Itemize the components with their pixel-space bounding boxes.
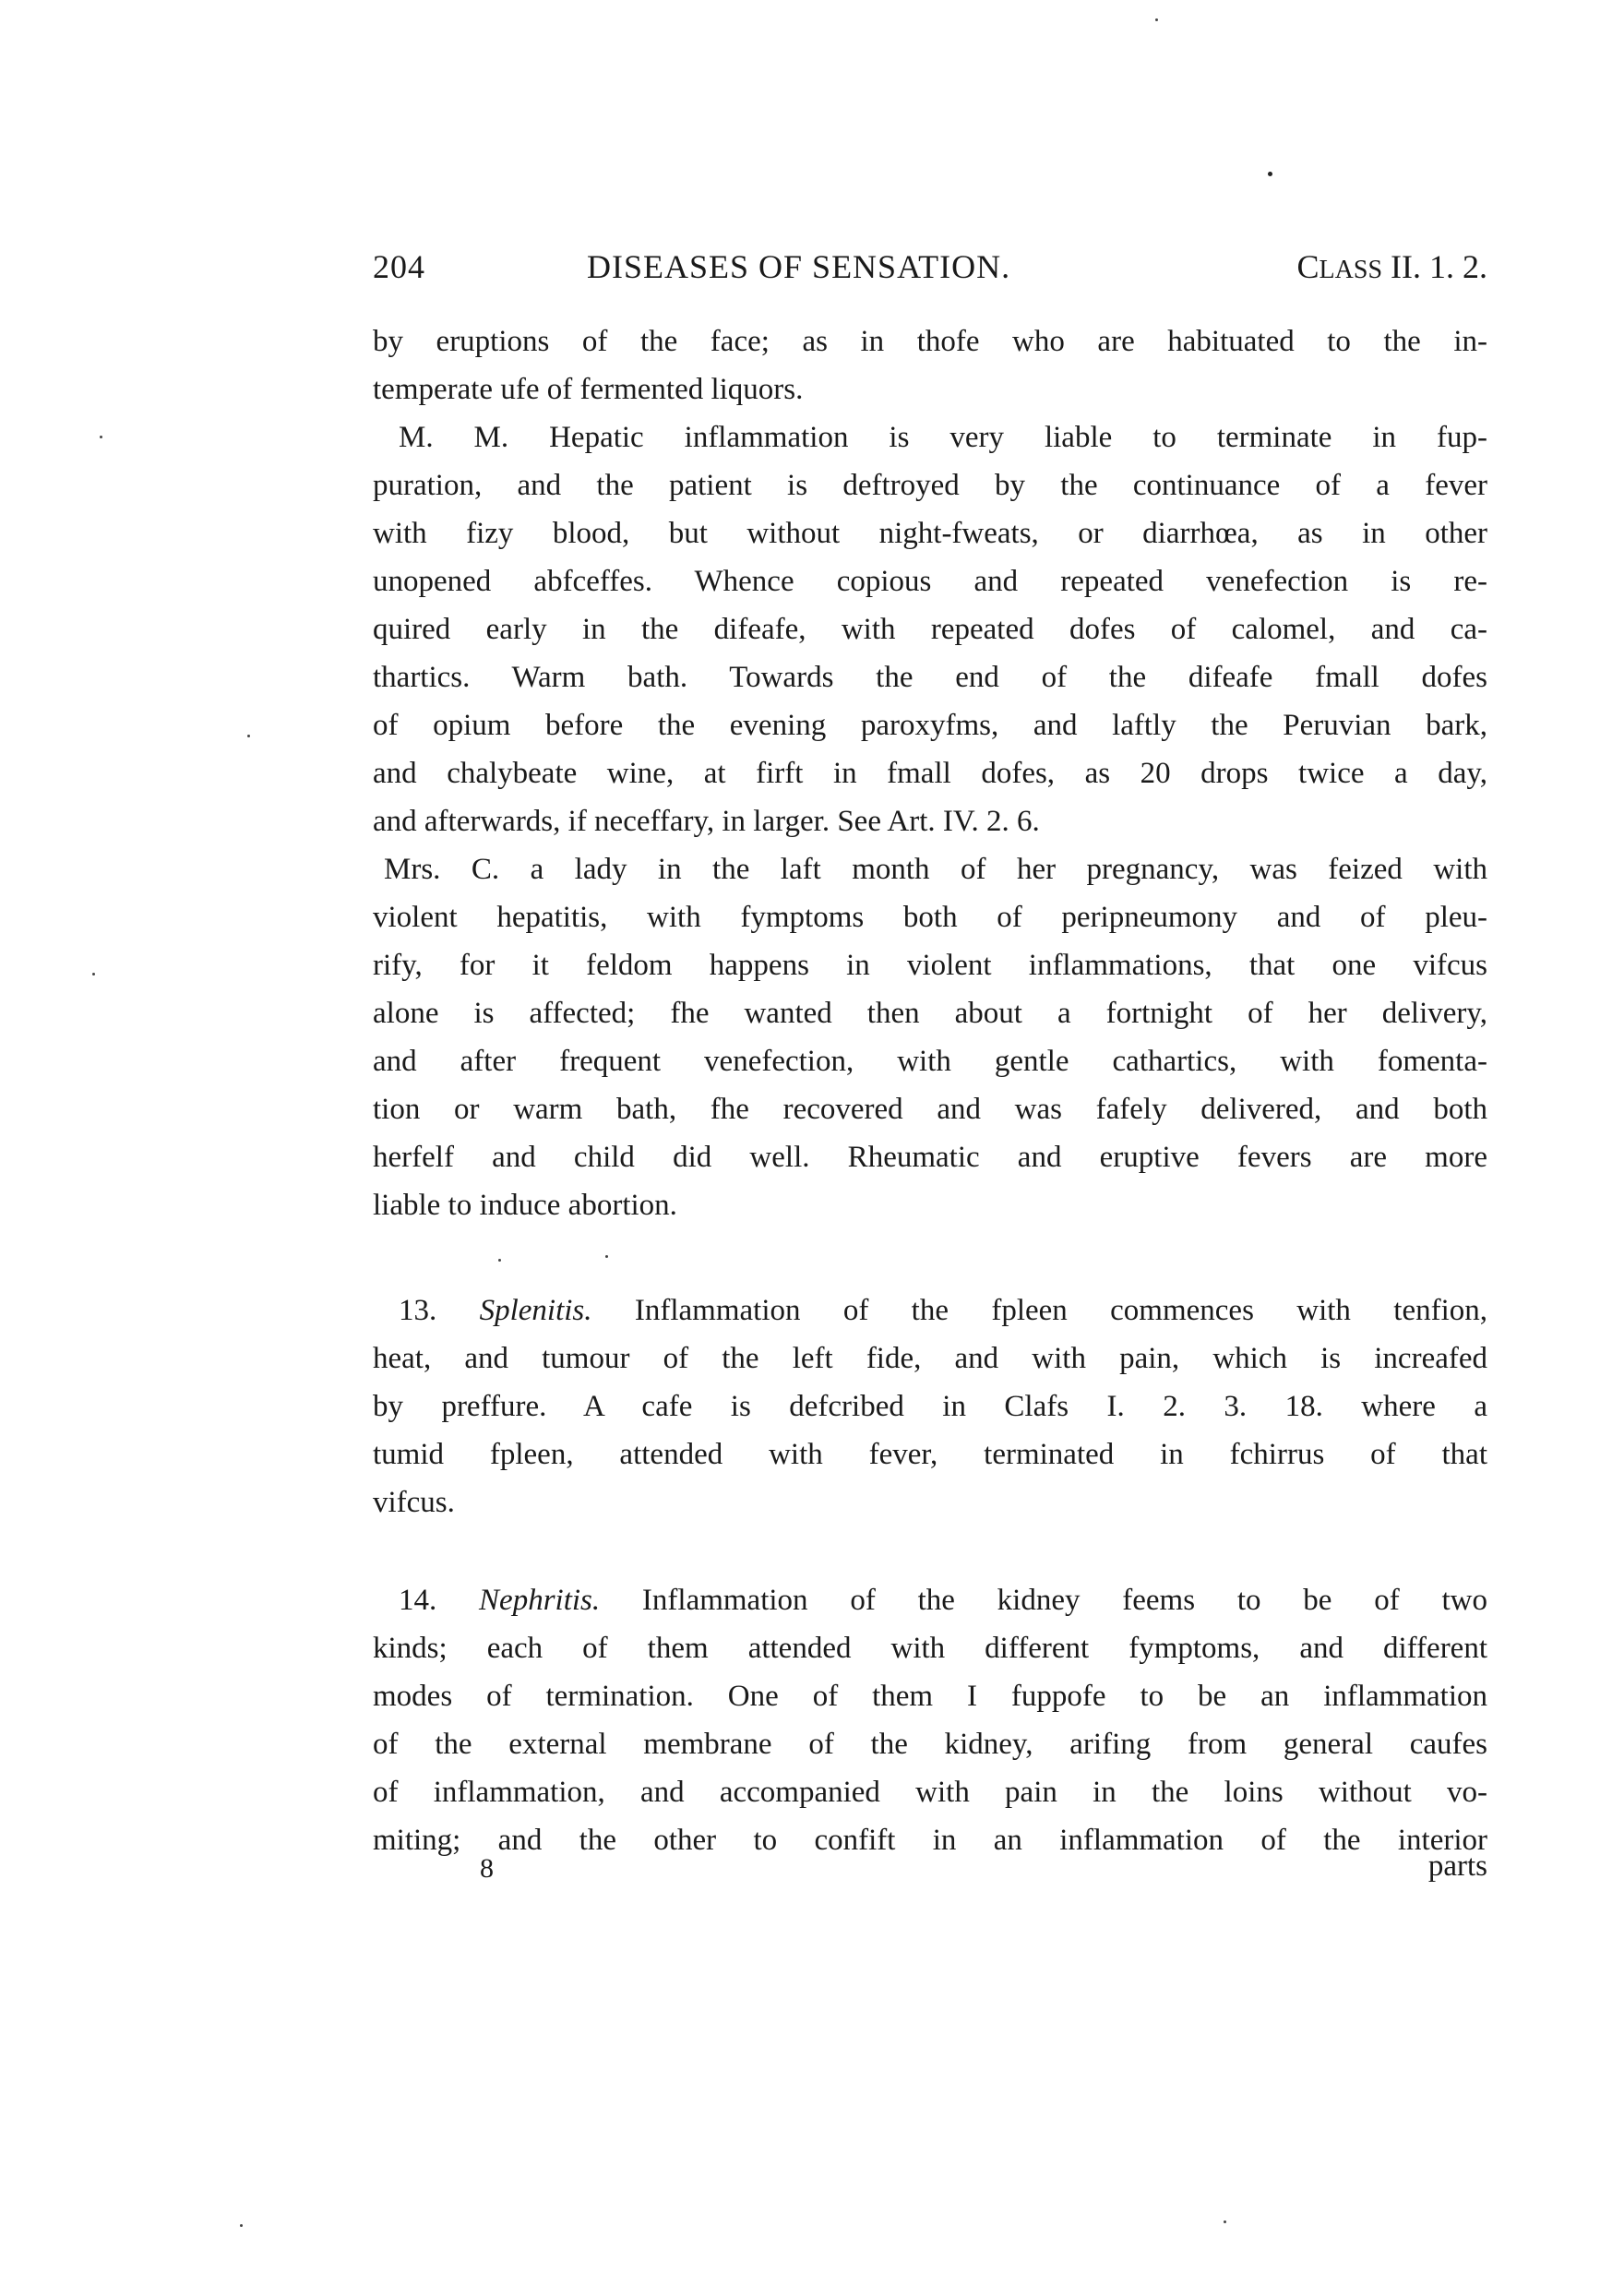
text-line: miting; and the other to confift in an i…: [373, 1816, 1487, 1864]
section-term: Splenitis.: [480, 1294, 592, 1327]
text-line: by eruptions of the face; as in thofe wh…: [373, 317, 1487, 365]
section-splenitis: 13. Splenitis. Inflammation of the fplee…: [373, 1287, 1487, 1526]
scan-speck: [247, 735, 250, 737]
text-line: thartics. Warm bath. Towards the end of …: [373, 653, 1487, 701]
scan-speck: [240, 2224, 243, 2227]
text-line: of opium before the evening paroxyfms, a…: [373, 701, 1487, 749]
text-line: alone is affected; fhe wanted then about…: [373, 989, 1487, 1037]
class-reference: CLASS II. 1. 2.: [1297, 247, 1487, 286]
text-line: kinds; each of them attended with differ…: [373, 1624, 1487, 1672]
text-line: rify, for it feldom happens in violent i…: [373, 941, 1487, 989]
page-number: 204: [373, 247, 425, 286]
text-line: tion or warm bath, fhe recovered and was…: [373, 1085, 1487, 1133]
scan-speck: [100, 436, 102, 438]
class-prefix: C: [1297, 248, 1319, 285]
text-line: M. M. Hepatic inflammation is very liabl…: [373, 413, 1487, 461]
text-line: heat, and tumour of the left fide, and w…: [373, 1334, 1487, 1382]
text-fragment: Inflammation of the fpleen commences wit…: [592, 1294, 1487, 1327]
text-line: with fizy blood, but without night-fweat…: [373, 509, 1487, 557]
catchword: parts: [1428, 1849, 1487, 1884]
text-line: modes of termination. One of them I fupp…: [373, 1672, 1487, 1720]
book-page: 204 DISEASES OF SENSATION. CLASS II. 1. …: [0, 0, 1624, 2274]
scan-speck: [498, 1259, 501, 1262]
scan-speck: [92, 973, 95, 975]
paragraph-case-mrs-c: Mrs. C. a lady in the laft month of her …: [373, 845, 1487, 1229]
text-line: and afterwards, if neceffary, in larger.…: [373, 797, 1487, 845]
text-line: liable to induce abortion.: [373, 1181, 1487, 1229]
signature-mark: 8: [480, 1853, 494, 1885]
section-nephritis: 14. Nephritis. Inflammation of the kidne…: [373, 1576, 1487, 1864]
scan-speck: [605, 1255, 608, 1258]
text-line: quired early in the difeafe, with repeat…: [373, 605, 1487, 653]
paragraph-continuation: by eruptions of the face; as in thofe wh…: [373, 317, 1487, 413]
paragraph-hepatic-treatment: M. M. Hepatic inflammation is very liabl…: [373, 413, 1487, 845]
text-line: violent hepatitis, with fymptoms both of…: [373, 893, 1487, 941]
scan-speck: [1268, 172, 1272, 176]
text-line: of the external membrane of the kidney, …: [373, 1720, 1487, 1768]
text-line: and after frequent venefection, with gen…: [373, 1037, 1487, 1085]
text-line: Mrs. C. a lady in the laft month of her …: [373, 845, 1487, 893]
section-term: Nephritis.: [479, 1584, 600, 1617]
text-line: puration, and the patient is deftroyed b…: [373, 461, 1487, 509]
section-heading-line: 13. Splenitis. Inflammation of the fplee…: [373, 1287, 1487, 1334]
section-number: 14.: [399, 1584, 436, 1617]
running-header: 204 DISEASES OF SENSATION. CLASS II. 1. …: [373, 247, 1487, 293]
text-fragment: Inflammation of the kidney feems to be o…: [600, 1584, 1487, 1617]
scan-speck: [1224, 2220, 1226, 2223]
section-number: 13.: [399, 1294, 436, 1327]
class-numbers: II. 1. 2.: [1382, 248, 1487, 285]
section-heading-line: 14. Nephritis. Inflammation of the kidne…: [373, 1576, 1487, 1624]
text-line: of inflammation, and accompanied with pa…: [373, 1768, 1487, 1816]
scan-speck: [1155, 18, 1158, 21]
running-title: DISEASES OF SENSATION.: [587, 247, 1010, 286]
text-line: and chalybeate wine, at firft in fmall d…: [373, 749, 1487, 797]
text-line: tumid fpleen, attended with fever, termi…: [373, 1430, 1487, 1478]
text-line: by preffure. A cafe is defcribed in Claf…: [373, 1382, 1487, 1430]
text-line: temperate ufe of fermented liquors.: [373, 365, 1487, 413]
text-line: herfelf and child did well. Rheumatic an…: [373, 1133, 1487, 1181]
class-smallcaps: LASS: [1319, 256, 1382, 284]
text-line: vifcus.: [373, 1478, 1487, 1526]
text-line: unopened abfceffes. Whence copious and r…: [373, 557, 1487, 605]
